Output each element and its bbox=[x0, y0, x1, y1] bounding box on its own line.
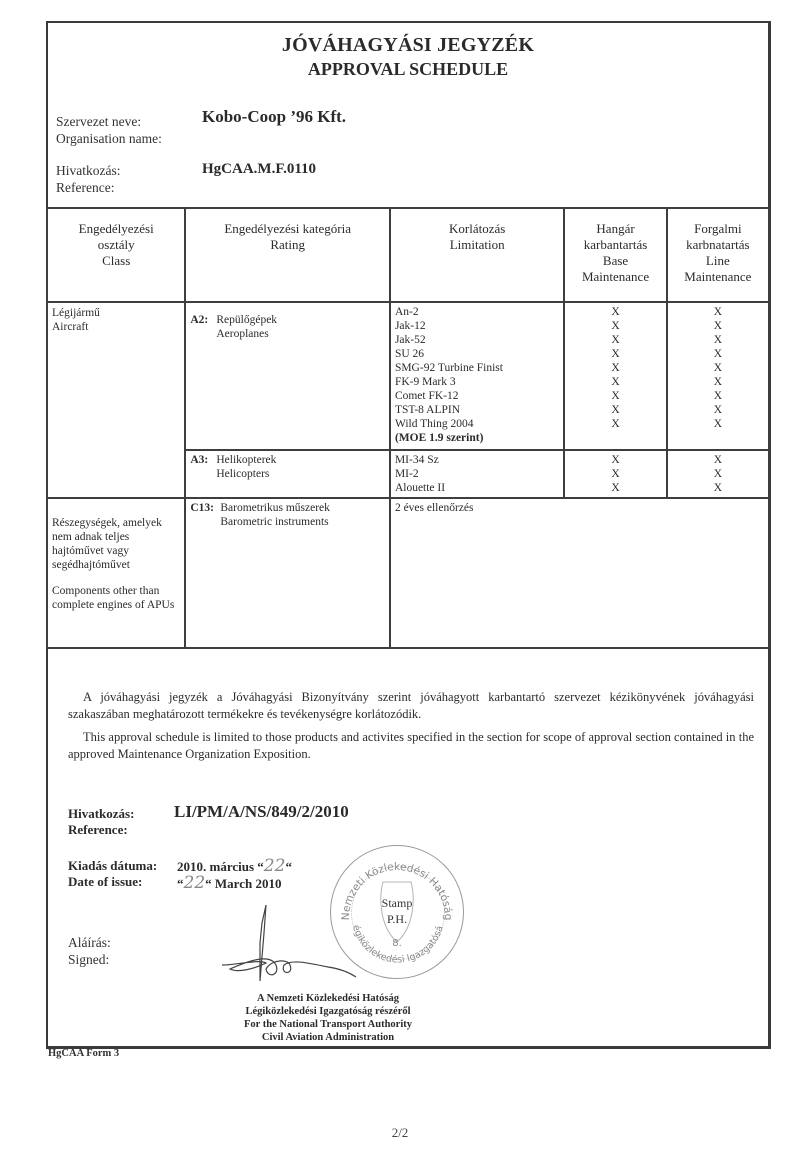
reference-label-hu: Hivatkozás: bbox=[56, 162, 120, 179]
base-maintenance-mark: X bbox=[565, 403, 665, 417]
class-aircraft-en: Aircraft bbox=[52, 320, 180, 334]
base-maintenance-mark: X bbox=[565, 467, 665, 481]
class-components-en: Components other than complete engines o… bbox=[52, 584, 180, 612]
column-header-rating: Engedélyezési kategóriaRating bbox=[185, 208, 390, 302]
base-maintenance-mark: X bbox=[565, 347, 665, 361]
signed-label: Aláírás: Signed: bbox=[68, 934, 111, 968]
table-row: Részegységek, amelyek nem adnak teljes h… bbox=[47, 498, 769, 648]
rating-name-hu: Repülőgépek bbox=[216, 313, 277, 327]
base-maintenance-mark: X bbox=[565, 453, 665, 467]
line-maintenance-mark: X bbox=[668, 375, 768, 389]
limitation-cell-a3: MI-34 SzMI-2Alouette II bbox=[390, 450, 564, 498]
rating-name-hu: Helikopterek bbox=[216, 453, 276, 467]
table-header-row: EngedélyezésiosztályClass Engedélyezési … bbox=[47, 208, 769, 302]
line-maintenance-mark: X bbox=[668, 361, 768, 375]
line-maintenance-cell-a2: XXXXXXXXX bbox=[667, 302, 769, 450]
stamp-label: Stamp bbox=[331, 896, 463, 911]
class-cell-components: Részegységek, amelyek nem adnak teljes h… bbox=[47, 498, 185, 648]
line-maintenance-mark: X bbox=[668, 389, 768, 403]
base-maintenance-mark: X bbox=[565, 389, 665, 403]
rating-cell-a3: A3: Helikopterek Helicopters bbox=[185, 450, 390, 498]
limitation-item: Jak-12 bbox=[395, 319, 559, 333]
title-en: APPROVAL SCHEDULE bbox=[48, 59, 768, 80]
organisation-label-en: Organisation name: bbox=[56, 130, 162, 147]
column-header-line-maintenance: ForgalmikarbnatartásLineMaintenance bbox=[667, 208, 769, 302]
base-maintenance-mark: X bbox=[565, 481, 665, 495]
base-maintenance-mark: X bbox=[565, 375, 665, 389]
line-maintenance-mark: X bbox=[668, 481, 768, 495]
base-maintenance-mark: X bbox=[565, 333, 665, 347]
base-maintenance-mark: X bbox=[565, 305, 665, 319]
limitation-item: Jak-52 bbox=[395, 333, 559, 347]
base-maintenance-mark: X bbox=[565, 417, 665, 431]
line-maintenance-mark: X bbox=[668, 305, 768, 319]
line-maintenance-mark: X bbox=[668, 347, 768, 361]
handwritten-day: 22 bbox=[184, 873, 206, 893]
line-maintenance-mark: X bbox=[668, 467, 768, 481]
rating-name-en: Helicopters bbox=[216, 467, 276, 481]
class-cell-aircraft: Légijármű Aircraft bbox=[47, 302, 185, 498]
limitation-item: SU 26 bbox=[395, 347, 559, 361]
reference-label: Hivatkozás: Reference: bbox=[56, 162, 120, 196]
limitation-cell-a2: An-2Jak-12Jak-52SU 26SMG-92 Turbine Fini… bbox=[390, 302, 564, 450]
approval-schedule-frame: JÓVÁHAGYÁSI JEGYZÉK APPROVAL SCHEDULE Sz… bbox=[46, 21, 771, 1049]
column-header-class: EngedélyezésiosztályClass bbox=[47, 208, 185, 302]
limitation-item: Alouette II bbox=[395, 481, 559, 495]
line-maintenance-mark: X bbox=[668, 319, 768, 333]
reference-label-en: Reference: bbox=[56, 179, 120, 196]
rating-code: C13: bbox=[190, 502, 214, 514]
table-row: Légijármű Aircraft A2: Repülőgépek Aerop… bbox=[47, 302, 769, 450]
title-hu: JÓVÁHAGYÁSI JEGYZÉK bbox=[48, 34, 768, 57]
official-stamp: Nemzeti Közlekedési Hatóság Légiközleked… bbox=[330, 845, 464, 979]
limitation-item: TST-8 ALPIN bbox=[395, 403, 559, 417]
class-aircraft-hu: Légijármű bbox=[52, 306, 180, 320]
rating-name-hu: Barometrikus műszerek bbox=[220, 501, 330, 515]
page-number: 2/2 bbox=[0, 1125, 800, 1141]
statement-en: This approval schedule is limited to tho… bbox=[68, 729, 754, 763]
rating-code: A2: bbox=[190, 314, 208, 326]
rating-cell-a2: A2: Repülőgépek Aeroplanes bbox=[185, 302, 390, 450]
stamp-ph: P.H. bbox=[331, 912, 463, 927]
base-maintenance-mark: X bbox=[565, 361, 665, 375]
form-number: HgCAA Form 3 bbox=[48, 1048, 119, 1059]
base-maintenance-cell-a3: XXX bbox=[564, 450, 666, 498]
issue-date-value: 2010. március “22“ “22“ March 2010 bbox=[177, 858, 292, 892]
limitation-item: Wild Thing 2004 bbox=[395, 417, 559, 431]
reference-value: HgCAA.M.F.0110 bbox=[202, 161, 316, 178]
rating-code: A3: bbox=[190, 454, 208, 466]
statement-hu: A jóváhagyási jegyzék a Jóváhagyási Bizo… bbox=[68, 689, 754, 723]
limitation-item: MI-2 bbox=[395, 467, 559, 481]
line-maintenance-mark: X bbox=[668, 333, 768, 347]
issue-date-label: Kiadás dátuma: Date of issue: bbox=[68, 858, 157, 890]
limitation-item: MI-34 Sz bbox=[395, 453, 559, 467]
limitation-c13: 2 éves ellenőrzés bbox=[391, 499, 768, 517]
class-components-hu: Részegységek, amelyek nem adnak teljes h… bbox=[52, 516, 180, 572]
handwritten-day: 22 bbox=[264, 856, 286, 876]
organisation-label-hu: Szervezet neve: bbox=[56, 113, 162, 130]
organisation-label: Szervezet neve: Organisation name: bbox=[56, 113, 162, 147]
issue-reference-value: LI/PM/A/NS/849/2/2010 bbox=[174, 802, 349, 822]
limitation-item: FK-9 Mark 3 bbox=[395, 375, 559, 389]
stamp-number: 8. bbox=[331, 936, 463, 951]
rating-name-en: Aeroplanes bbox=[216, 327, 277, 341]
line-maintenance-mark: X bbox=[668, 453, 768, 467]
issue-reference-label: Hivatkozás: Reference: bbox=[68, 806, 134, 838]
line-maintenance-cell-a3: XXX bbox=[667, 450, 769, 498]
line-maintenance-mark: X bbox=[668, 417, 768, 431]
limitation-item: Comet FK-12 bbox=[395, 389, 559, 403]
column-header-base-maintenance: HangárkarbantartásBaseMaintenance bbox=[564, 208, 666, 302]
column-header-limitation: KorlátozásLimitation bbox=[390, 208, 564, 302]
base-maintenance-cell-a2: XXXXXXXXX bbox=[564, 302, 666, 450]
limitation-item: SMG-92 Turbine Finist bbox=[395, 361, 559, 375]
rating-cell-c13: C13: Barometrikus műszerek Barometric in… bbox=[185, 498, 390, 648]
limitation-note: (MOE 1.9 szerint) bbox=[395, 431, 559, 445]
rating-name-en: Barometric instruments bbox=[220, 515, 330, 529]
issuing-authority: A Nemzeti Közlekedési Hatóság Légiközlek… bbox=[48, 992, 608, 1044]
limitation-cell-c13: 2 éves ellenőrzés bbox=[390, 498, 769, 648]
line-maintenance-mark: X bbox=[668, 403, 768, 417]
limitation-item: An-2 bbox=[395, 305, 559, 319]
organisation-name: Kobo-Coop ’96 Kft. bbox=[202, 107, 346, 127]
approval-table: EngedélyezésiosztályClass Engedélyezési … bbox=[46, 207, 770, 649]
base-maintenance-mark: X bbox=[565, 319, 665, 333]
